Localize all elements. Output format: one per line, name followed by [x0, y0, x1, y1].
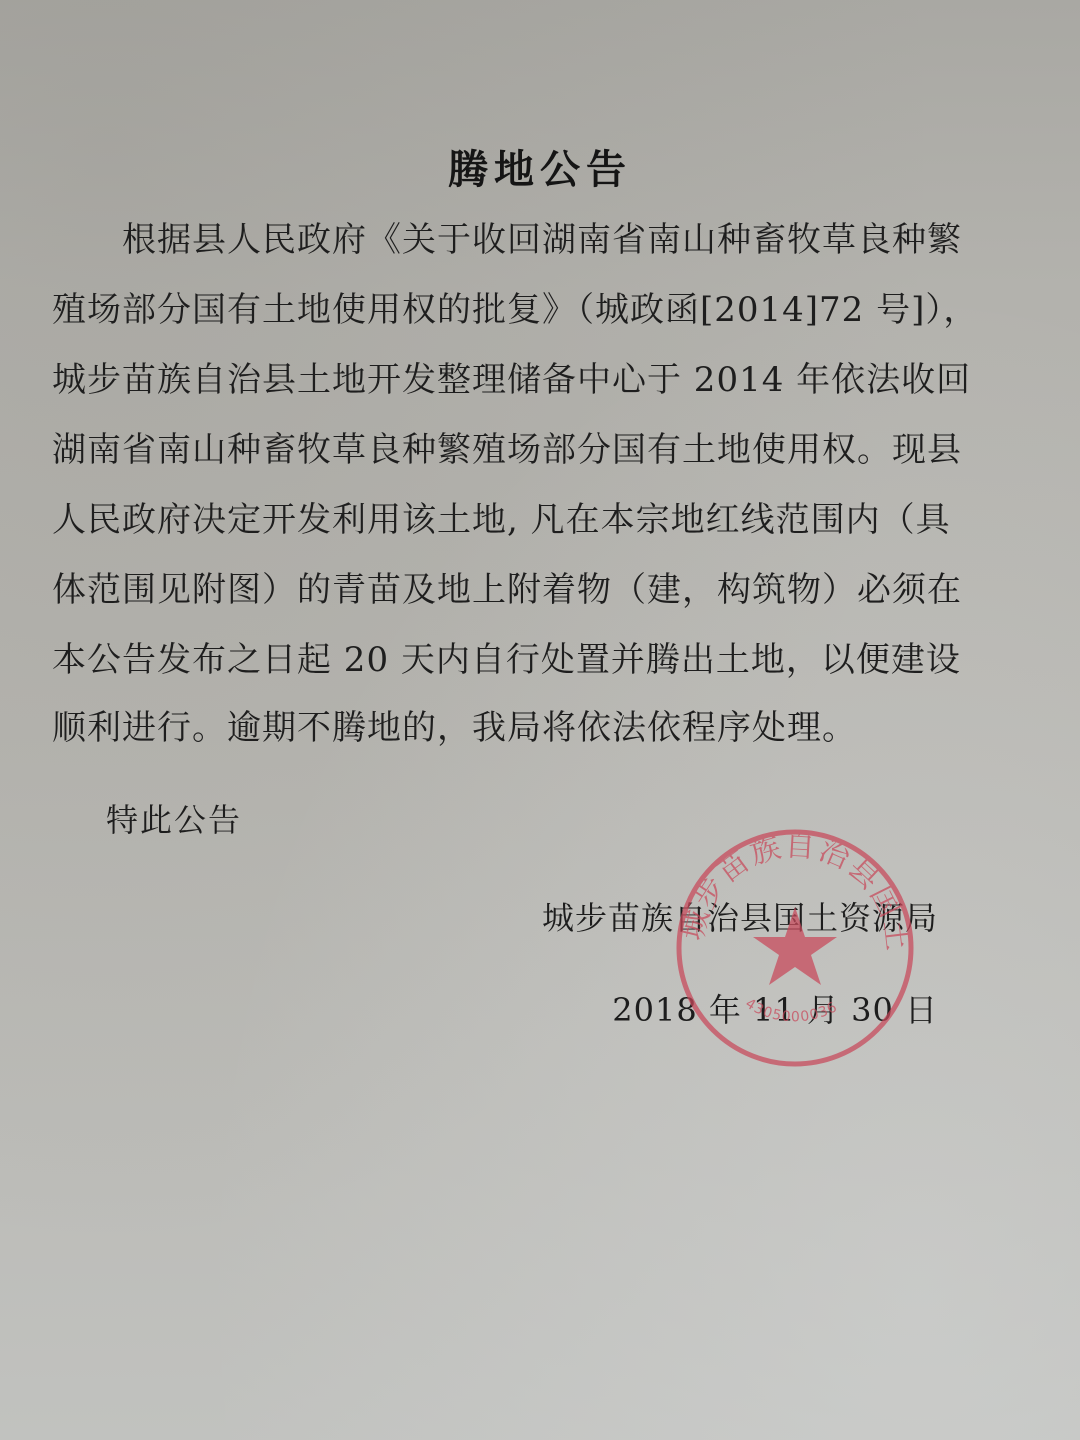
closing-statement: 特此公告	[106, 795, 242, 841]
body-line-5: 人民政府决定开发利用该土地, 凡在本宗地红线范围内（具	[52, 492, 951, 541]
body-line-3: 城步苗族自治县土地开发整理储备中心于 2014 年依法收回	[52, 352, 971, 401]
document-title: 腾地公告	[0, 138, 1080, 195]
issue-date: 2018 年 11 月 30 日	[612, 985, 938, 1031]
body-line-2: 殖场部分国有土地使用权的批复》（城政函[2014]72 号]），	[52, 282, 978, 331]
issuer-name: 城步苗族自治县国土资源局	[542, 893, 938, 939]
body-line-8: 顺利进行。逾期不腾地的，我局将依法依程序处理。	[52, 700, 857, 749]
body-line-7: 本公告发布之日起 20 天内自行处置并腾出土地，以便建设	[52, 632, 961, 681]
body-line-6: 体范围见附图）的青苗及地上附着物（建，构筑物）必须在	[52, 562, 962, 611]
body-line-1: 根据县人民政府《关于收回湖南省南山种畜牧草良种繁	[52, 212, 962, 261]
body-line-4: 湖南省南山种畜牧草良种繁殖场部分国有土地使用权。现县	[52, 422, 962, 471]
